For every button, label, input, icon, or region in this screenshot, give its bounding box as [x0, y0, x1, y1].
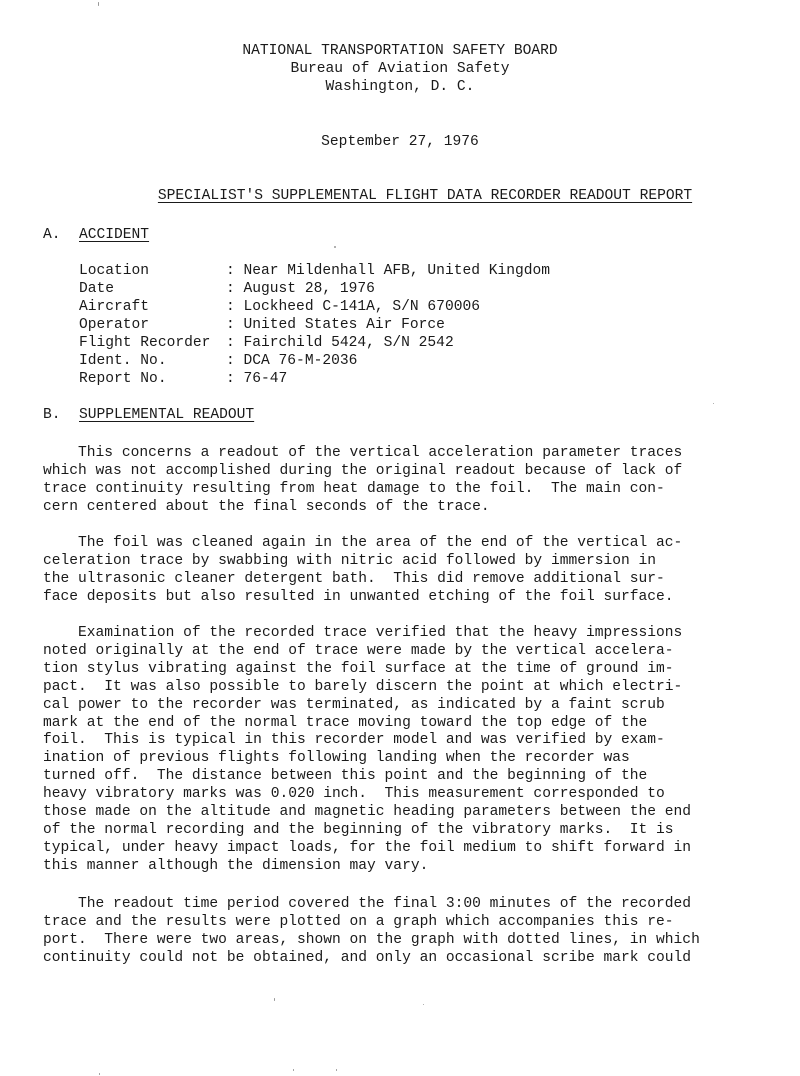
- city: Washington, D. C.: [0, 78, 800, 96]
- accident-field-row: Flight Recorder: Fairchild 5424, S/N 254…: [79, 334, 454, 352]
- paragraph-line: ination of previous flights following la…: [43, 749, 630, 767]
- scan-speck: [293, 1069, 294, 1071]
- field-label: Location: [79, 262, 226, 280]
- paragraph-line: tion stylus vibrating against the foil s…: [43, 660, 674, 678]
- paragraph-line: trace continuity resulting from heat dam…: [43, 480, 665, 498]
- paragraph-line: typical, under heavy impact loads, for t…: [43, 839, 691, 857]
- accident-field-row: Date: August 28, 1976: [79, 280, 375, 298]
- paragraph-line: port. There were two areas, shown on the…: [43, 931, 700, 949]
- accident-field-row: Ident. No.: DCA 76-M-2036: [79, 352, 357, 370]
- field-label: Date: [79, 280, 226, 298]
- paragraph-line: the ultrasonic cleaner detergent bath. T…: [43, 570, 665, 588]
- section-a-heading: ACCIDENT: [79, 226, 149, 244]
- paragraph-line: Examination of the recorded trace verifi…: [43, 624, 682, 642]
- paragraph-line: celeration trace by swabbing with nitric…: [43, 552, 656, 570]
- report-title: SPECIALIST'S SUPPLEMENTAL FLIGHT DATA RE…: [0, 187, 800, 205]
- field-value: : DCA 76-M-2036: [226, 353, 357, 369]
- document-page: NATIONAL TRANSPORTATION SAFETY BOARD Bur…: [0, 0, 800, 1076]
- field-value: : Near Mildenhall AFB, United Kingdom: [226, 263, 550, 279]
- scan-speck: [99, 1073, 100, 1075]
- accident-field-row: Report No.: 76-47: [79, 370, 287, 388]
- field-value: : August 28, 1976: [226, 281, 375, 297]
- field-label: Report No.: [79, 370, 226, 388]
- paragraph-line: pact. It was also possible to barely dis…: [43, 678, 682, 696]
- field-label: Flight Recorder: [79, 334, 226, 352]
- paragraph-line: trace and the results were plotted on a …: [43, 913, 674, 931]
- agency-name: NATIONAL TRANSPORTATION SAFETY BOARD: [0, 42, 800, 60]
- paragraph-line: The foil was cleaned again in the area o…: [43, 534, 682, 552]
- report-date: September 27, 1976: [0, 133, 800, 151]
- bureau-name: Bureau of Aviation Safety: [0, 60, 800, 78]
- paragraph-line: noted originally at the end of trace wer…: [43, 642, 674, 660]
- scan-speck: [423, 1004, 424, 1005]
- scan-speck: [274, 998, 275, 1001]
- scan-speck: [336, 1069, 337, 1071]
- paragraph-line: face deposits but also resulted in unwan…: [43, 588, 674, 606]
- paragraph-line: The readout time period covered the fina…: [43, 895, 691, 913]
- paragraph-line: this manner although the dimension may v…: [43, 857, 428, 875]
- accident-field-row: Location: Near Mildenhall AFB, United Ki…: [79, 262, 550, 280]
- paragraph-line: turned off. The distance between this po…: [43, 767, 647, 785]
- field-value: : 76-47: [226, 371, 287, 387]
- paragraph-line: heavy vibratory marks was 0.020 inch. Th…: [43, 785, 665, 803]
- paragraph-line: mark at the end of the normal trace movi…: [43, 714, 647, 732]
- paragraph-line: cal power to the recorder was terminated…: [43, 696, 665, 714]
- scan-speck: [98, 2, 99, 6]
- field-label: Aircraft: [79, 298, 226, 316]
- paragraph-line: cern centered about the final seconds of…: [43, 498, 490, 516]
- paragraph-line: of the normal recording and the beginnin…: [43, 821, 674, 839]
- accident-field-row: Operator: United States Air Force: [79, 316, 445, 334]
- paragraph-line: which was not accomplished during the or…: [43, 462, 682, 480]
- field-value: : Lockheed C-141A, S/N 670006: [226, 299, 480, 315]
- section-b-letter: B.: [43, 406, 61, 424]
- field-value: : United States Air Force: [226, 317, 445, 333]
- scan-speck: [713, 403, 714, 404]
- field-label: Ident. No.: [79, 352, 226, 370]
- scan-speck: [334, 246, 336, 248]
- paragraph-line: foil. This is typical in this recorder m…: [43, 731, 665, 749]
- accident-field-row: Aircraft: Lockheed C-141A, S/N 670006: [79, 298, 480, 316]
- field-value: : Fairchild 5424, S/N 2542: [226, 335, 454, 351]
- section-b-heading: SUPPLEMENTAL READOUT: [79, 406, 254, 424]
- paragraph-line: This concerns a readout of the vertical …: [43, 444, 682, 462]
- paragraph-line: continuity could not be obtained, and on…: [43, 949, 691, 967]
- paragraph-line: those made on the altitude and magnetic …: [43, 803, 691, 821]
- section-a-letter: A.: [43, 226, 61, 244]
- field-label: Operator: [79, 316, 226, 334]
